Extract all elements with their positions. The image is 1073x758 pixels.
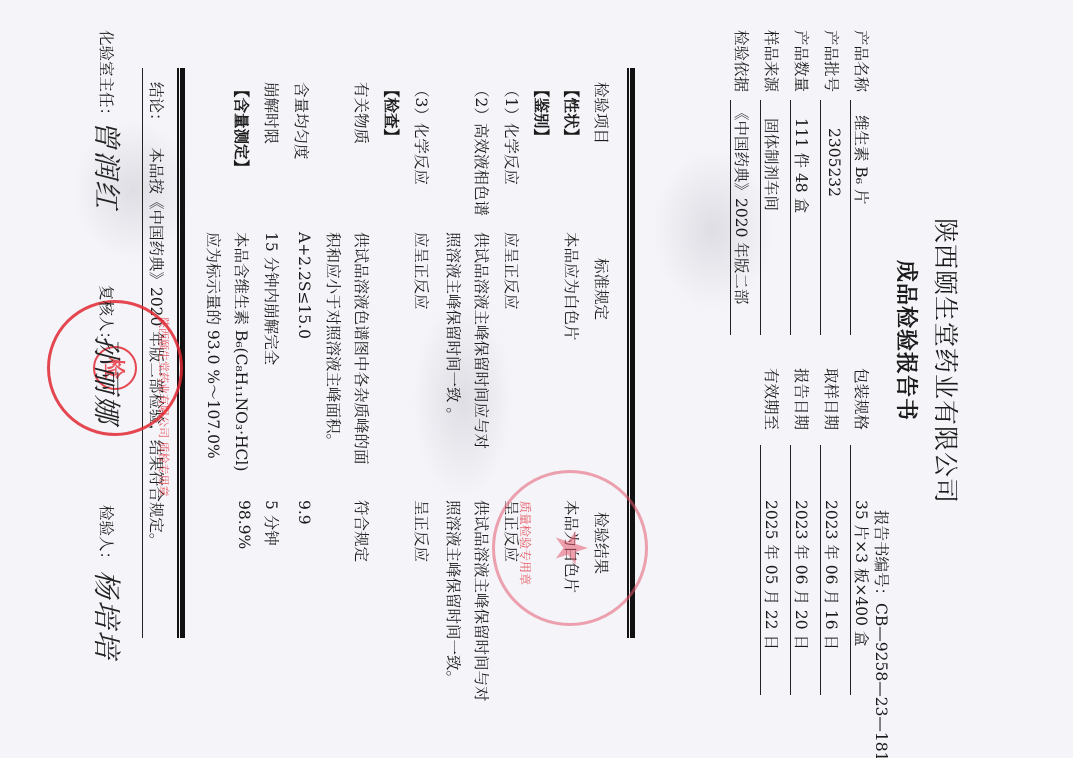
sampling-date-label: 取样日期 (821, 368, 843, 430)
row-standard: 本品应为白色片 (561, 232, 583, 341)
inspection-result-stamp: ★ 质量检验专用章 (492, 470, 648, 626)
batch-no-value: 2305232 (825, 128, 843, 197)
underline (790, 445, 791, 695)
scanned-document-viewport: 陕西颐生堂药业有限公司 成品检验报告书 报告书编号：CB—9258—23—181… (0, 0, 1073, 758)
scan-smudge (653, 150, 773, 310)
row-result: 符合规定 (351, 500, 373, 562)
row-item: 有关物质 (351, 82, 373, 144)
row-result: 供试品溶液主峰保留时间与对 (471, 500, 493, 702)
row-standard: 本品含维生素 B₆(C₈H₁₁NO₃·HCl) (231, 232, 253, 471)
stamp-ring-text: 陕西颐生堂药业有限公司 质检专用章 (156, 317, 172, 497)
sample-source-value: 固体制剂车间 (761, 118, 783, 211)
column-header-standard: 标准规定 (591, 258, 613, 320)
report-number-label: 报告书编号： (872, 510, 890, 603)
row-standard-cont: 照溶液主峰保留时间一致 。 (443, 232, 465, 423)
report-number-value: CB—9258—23—181 (872, 603, 890, 758)
row-standard: 供试品溶液色谱图中各杂质峰的面 (351, 232, 373, 465)
product-name-value: 维生素 B₆ 片 (851, 115, 873, 204)
row-result: 5 分钟 (261, 500, 283, 546)
quantity-label: 产品数量 (791, 30, 813, 92)
report-title: 成品检验报告书 (892, 260, 923, 421)
row-item: （3）化学反应 (411, 82, 433, 185)
reviewer-signature: 孙丽娜 (88, 335, 128, 425)
row-item: 【鉴别】 (531, 82, 553, 144)
lab-director-signature: 曾润红 (88, 120, 128, 210)
report-date-value: 2023 年 06 月 20 日 (791, 500, 813, 650)
expiry-label: 有效期至 (761, 368, 783, 430)
result-stamp-text: 质量检验专用章 (517, 501, 534, 585)
row-item: 【含量测定】 (231, 82, 253, 175)
package-spec-value: 35 片×3 板×400 盒 (851, 500, 873, 646)
row-result-cont: 照溶液主峰保留时间一致。 (443, 500, 465, 686)
row-standard: 供试品溶液主峰保留时间应与对 (471, 232, 493, 449)
underline (730, 100, 731, 335)
lab-director-label: 化验室主任： (96, 30, 118, 123)
underline (820, 100, 821, 335)
row-standard: A+2.2S≤15.0 (295, 232, 313, 339)
sampling-date-value: 2023 年 06 月 16 日 (821, 500, 843, 650)
basis-value: 《中国药典》2020 年版二部 (731, 105, 753, 304)
company-name: 陕西颐生堂药业有限公司 (929, 218, 965, 504)
product-name-label: 产品名称 (851, 30, 873, 92)
row-item: （1）化学反应 (501, 82, 523, 185)
row-standard: 应呈正反应 (501, 232, 523, 310)
underline (820, 445, 821, 695)
inspector-signature: 杨培培 (88, 570, 128, 660)
underline (850, 100, 851, 335)
sample-source-label: 样品来源 (761, 30, 783, 92)
package-spec-label: 包装规格 (851, 368, 873, 430)
row-item: 【性状】 (561, 82, 583, 144)
underline (790, 100, 791, 335)
row-standard: 应呈正反应 (411, 232, 433, 310)
row-standard-cont: 应为标示量的 93.0 %～107.0% (203, 232, 225, 459)
row-result: 9.9 (295, 500, 313, 525)
column-header-item: 检验项目 (591, 82, 613, 144)
row-result: 98.9% (235, 500, 253, 549)
report-number: 报告书编号：CB—9258—23—181 (871, 510, 893, 758)
report-date-label: 报告日期 (791, 368, 813, 430)
underline (760, 445, 761, 695)
row-item: （2）高效液相色谱 (471, 82, 493, 216)
expiry-value: 2025 年 05 月 22 日 (761, 500, 783, 650)
row-standard-cont: 积和应小于对照溶液主峰面积。 (323, 232, 345, 449)
underline (850, 445, 851, 695)
inspector-label: 检验人： (96, 505, 118, 567)
row-item: 含量均匀度 (291, 82, 313, 160)
row-item: 【检查】 (381, 82, 403, 144)
quantity-value: 111 件 48 盒 (791, 118, 813, 213)
underline (760, 100, 761, 335)
batch-no-label: 产品批号 (821, 30, 843, 92)
conclusion-label: 结论： (147, 82, 165, 129)
row-standard: 15 分钟内崩解完全 (261, 232, 283, 365)
basis-label: 检验依据 (731, 30, 753, 92)
inspection-report-page: 陕西颐生堂药业有限公司 成品检验报告书 报告书编号：CB—9258—23—181… (0, 0, 1073, 758)
star-icon: ★ (548, 528, 592, 567)
row-item: 崩解时限 (261, 82, 283, 144)
row-result: 呈正反应 (411, 500, 433, 562)
